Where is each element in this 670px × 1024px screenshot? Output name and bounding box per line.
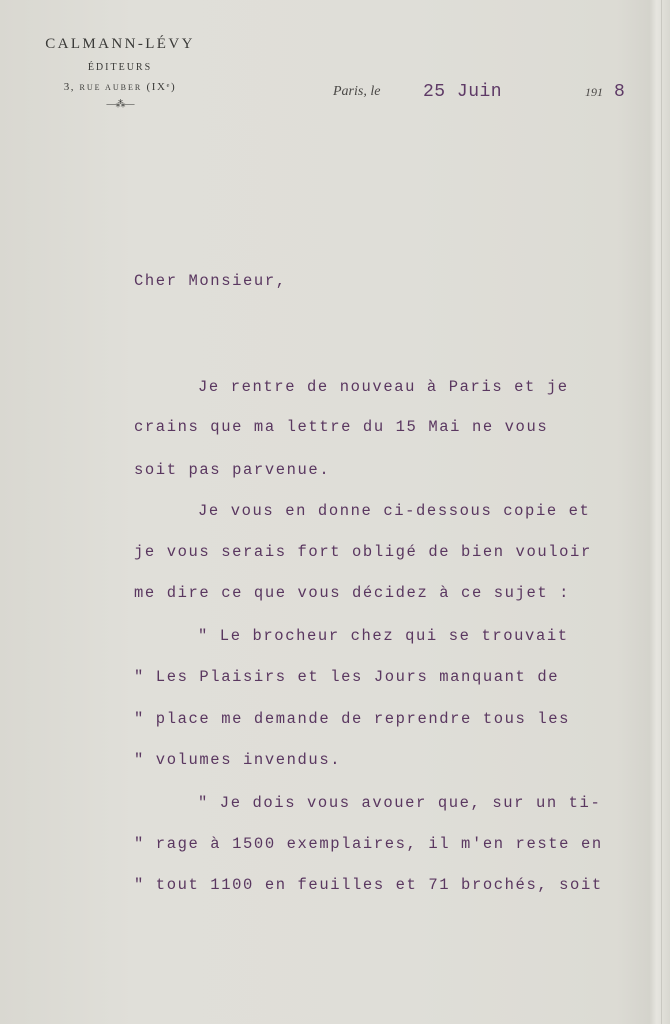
letter-line: Je vous en donne ci-dessous copie et xyxy=(198,502,590,520)
letter-line: soit pas parvenue. xyxy=(134,461,330,479)
letter-line: " place me demande de reprendre tous les xyxy=(134,710,570,728)
salutation: Cher Monsieur, xyxy=(134,272,287,290)
letter-line: Je rentre de nouveau à Paris et je xyxy=(198,378,569,396)
letter-line: " Le brocheur chez qui se trouvait xyxy=(198,627,569,645)
letter-line: crains que ma lettre du 15 Mai ne vous xyxy=(134,418,548,436)
letter-line: je vous serais fort obligé de bien voulo… xyxy=(134,543,592,561)
letter-line: me dire ce que vous décidez à ce sujet : xyxy=(134,584,570,602)
letter-line: " volumes invendus. xyxy=(134,751,341,769)
letter-page: CALMANN-LÉVY ÉDITEURS 3, RUE AUBER (IXᵉ)… xyxy=(0,0,670,1024)
letter-line: " Les Plaisirs et les Jours manquant de xyxy=(134,668,559,686)
letter-line: " tout 1100 en feuilles et 71 brochés, s… xyxy=(134,876,603,894)
letter-line: " rage à 1500 exemplaires, il m'en reste… xyxy=(134,835,603,853)
letter-body: Cher Monsieur, Je rentre de nouveau à Pa… xyxy=(0,0,670,288)
letter-line: " Je dois vous avouer que, sur un ti- xyxy=(198,794,601,812)
